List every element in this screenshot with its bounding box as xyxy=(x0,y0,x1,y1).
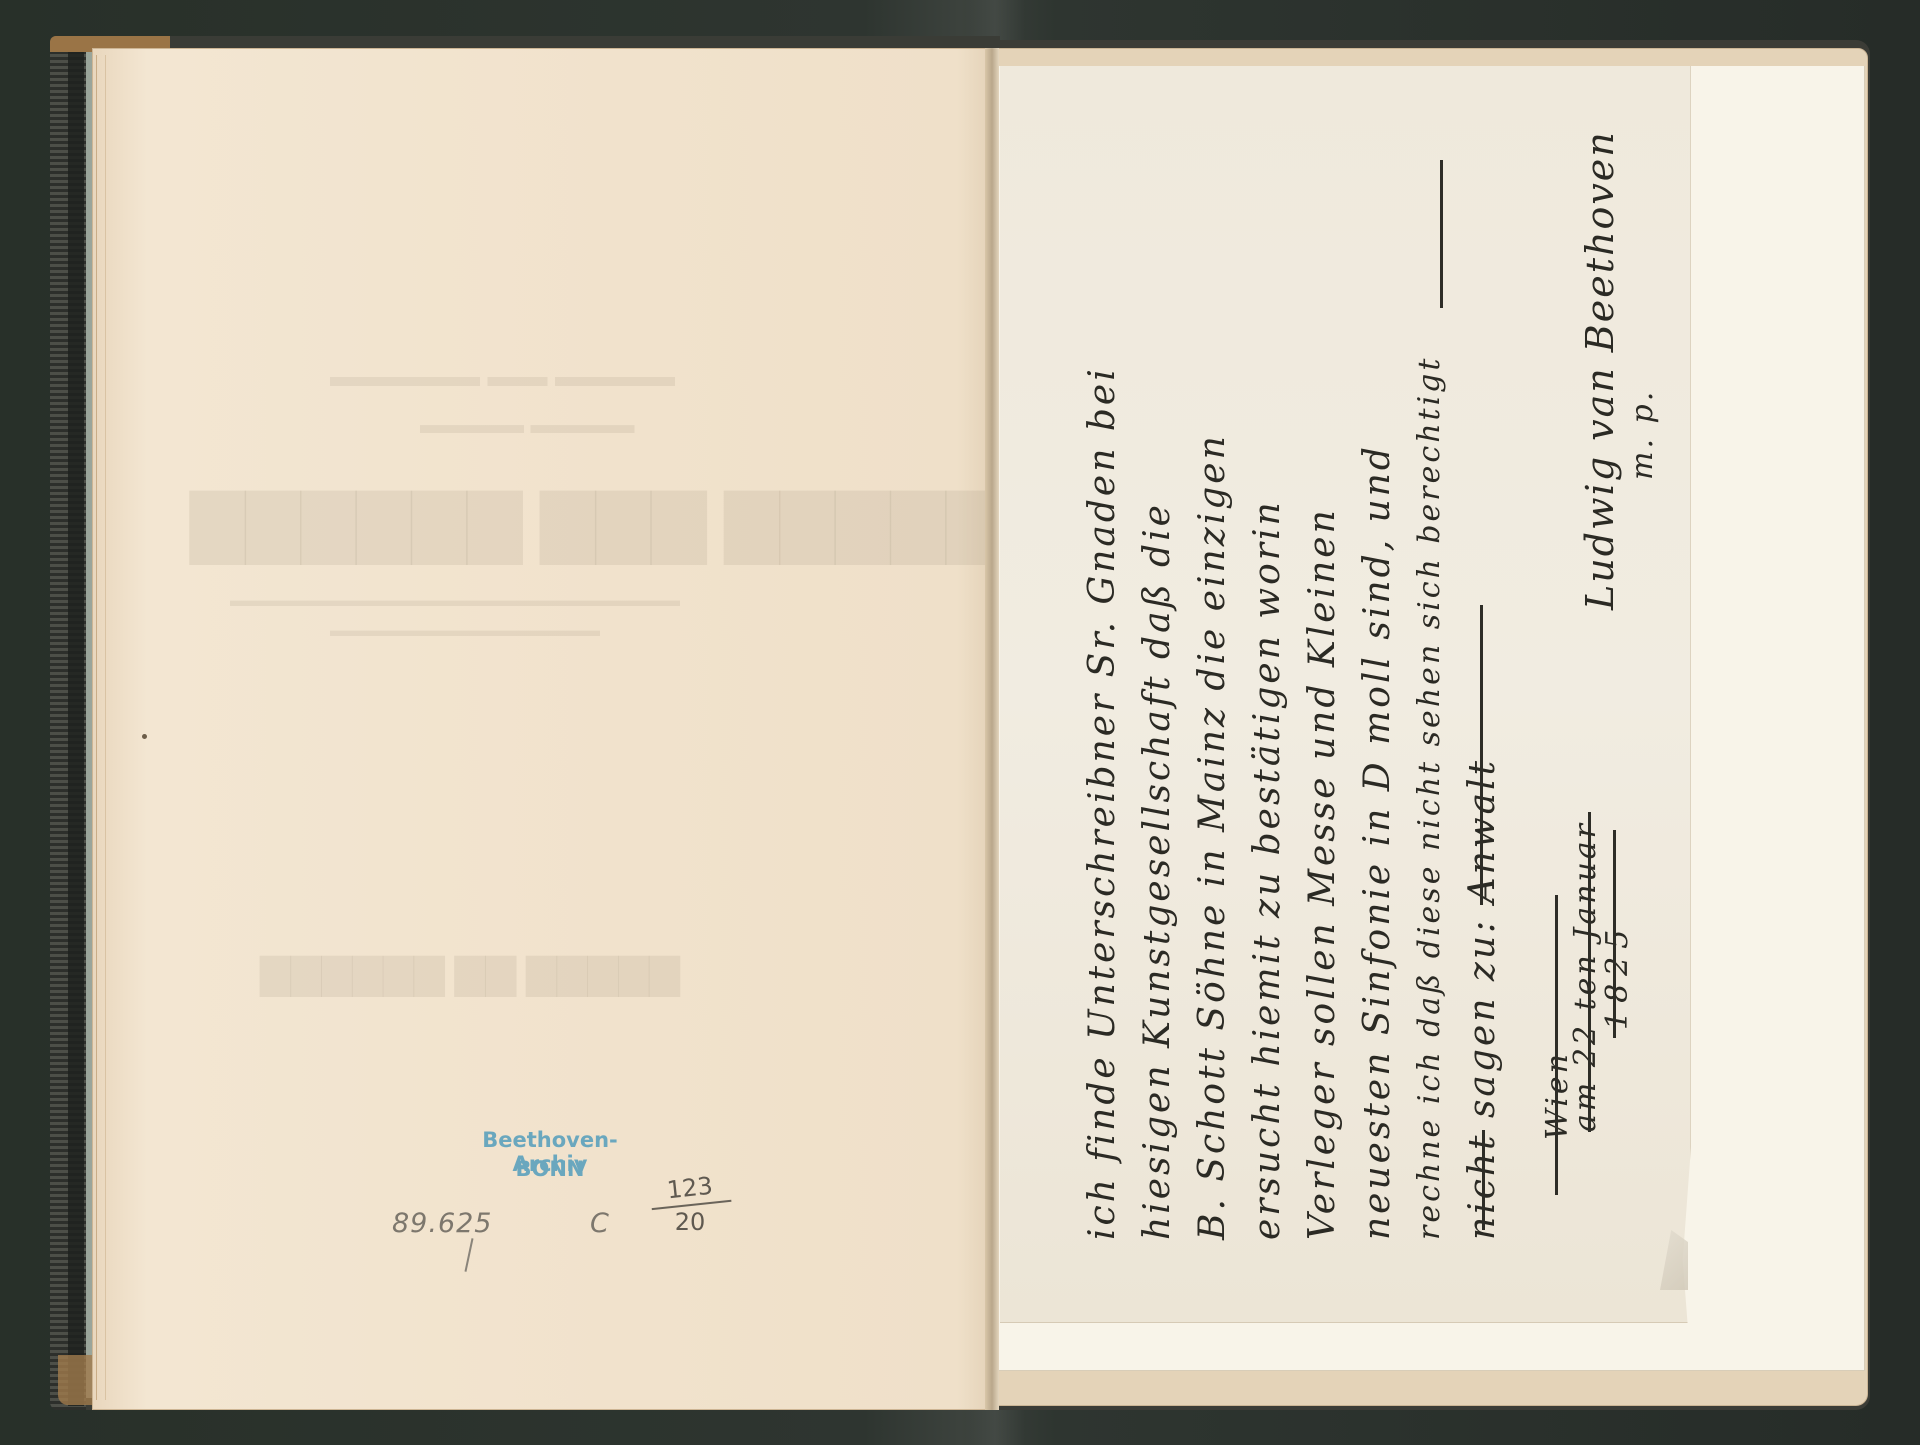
shelf-denominator: 20 xyxy=(650,1206,730,1236)
class-letter: C xyxy=(590,1208,610,1239)
shelf-mark: 123 20 xyxy=(650,1174,730,1236)
left-page-fore-edge xyxy=(96,55,106,1400)
accession-number: 89.625 xyxy=(392,1208,492,1239)
paper-speck xyxy=(142,734,147,739)
stamp-line-city: BONN xyxy=(450,1157,650,1181)
show-through-text: ▇▇▇▇▇▇ ▇▇▇ ▇▇▇▇▇▇ xyxy=(190,480,1057,565)
letter-line-5: Verleger sollen Messe und Kleinen xyxy=(1302,507,1343,1240)
letter-year: 1825 xyxy=(1600,922,1635,1030)
show-through-text: ▬▬▬▬ ▬▬▬▬ xyxy=(420,410,635,440)
show-through-text: ▬▬▬▬ ▬▬ ▬▬▬▬▬ xyxy=(330,360,675,394)
signature: Ludwig van Beethoven xyxy=(1578,130,1622,610)
show-through-text: ▬▬▬▬▬▬▬▬▬▬▬▬▬▬▬▬▬▬▬▬▬▬▬▬▬ xyxy=(230,590,680,611)
underline-stroke xyxy=(1440,160,1443,308)
left-page xyxy=(92,48,994,1410)
letter-line-7: rechne ich daß diese nicht sehen sich be… xyxy=(1412,356,1447,1240)
letter-line-3: B. Schott Söhne in Mainz die einzigen xyxy=(1192,433,1233,1240)
shelf-numerator: 123 xyxy=(649,1170,732,1210)
underline-stroke xyxy=(1482,1130,1485,1230)
underline-stroke xyxy=(1480,605,1483,905)
book-gutter xyxy=(985,48,999,1410)
underline-stroke xyxy=(1555,895,1558,1195)
spine-shadow-strip xyxy=(68,40,84,1406)
signature-mp: m. p. xyxy=(1625,389,1660,480)
letter-line-4: ersucht hiemit zu bestätigen worin xyxy=(1247,499,1288,1240)
letter-date: am 22 ten Januar xyxy=(1568,821,1603,1132)
letter-line-6: neuesten Sinfonie in D moll sind, und xyxy=(1357,444,1398,1240)
underline-stroke xyxy=(1613,830,1616,1038)
letter-line-1: ich finde Unterschreibner Sr. Gnaden bei xyxy=(1082,366,1123,1240)
letter-line-2: hiesigen Kunstgesellschaft daß die xyxy=(1137,502,1178,1240)
show-through-text: ▬▬▬▬▬▬▬▬▬▬▬▬▬▬▬ xyxy=(330,620,600,641)
underline-stroke xyxy=(1588,812,1591,1132)
show-through-text: ▇▇▇▇▇ ▇▇ ▇▇▇▇▇▇ xyxy=(260,950,680,997)
